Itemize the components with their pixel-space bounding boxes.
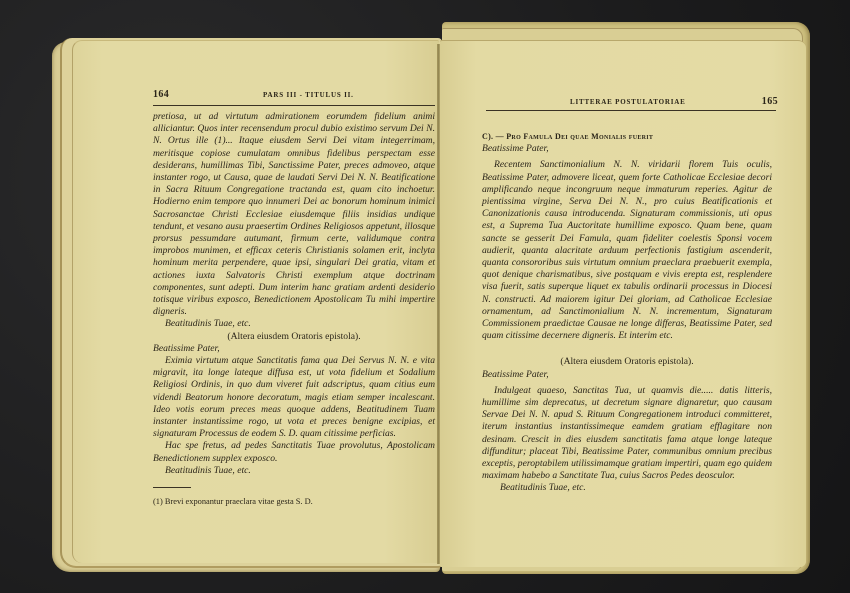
left-body-text: pretiosa, ut ad virtutum admirationem eo… [153, 111, 435, 508]
left-footnote: (1) Brevi exponantur praeclara vitae ges… [153, 496, 435, 508]
right-salutation-1: Beatissime Pater, [482, 143, 772, 155]
right-closing-2: Beatitudinis Tuae, etc. [500, 482, 772, 494]
left-page: 164 PARS III - TITULUS II. pretiosa, ut … [72, 40, 439, 563]
right-header-rule [486, 110, 776, 111]
left-heading-2: (Altera eiusdem Oratoris epistola). [153, 331, 435, 343]
left-paragraph-1: pretiosa, ut ad virtutum admirationem eo… [153, 111, 435, 318]
left-page-number: 164 [153, 89, 169, 100]
section-label: C). — [482, 132, 506, 141]
left-running-title: PARS III - TITULUS II. [263, 91, 354, 99]
left-paragraph-2: Eximia virtutum atque Sanctitatis fama q… [153, 355, 435, 440]
left-closing-2: Beatitudinis Tuae, etc. [165, 465, 435, 477]
left-header-rule [153, 105, 435, 106]
footnote-rule [153, 487, 191, 488]
left-running-head: 164 PARS III - TITULUS II. [153, 89, 429, 100]
right-body-text: C). — Pro Famula Dei quae Monialis fueri… [482, 131, 772, 495]
left-closing-1: Beatitudinis Tuae, etc. [165, 318, 435, 330]
right-paragraph-1: Recentem Sanctimonialium N. N. viridarii… [482, 159, 772, 342]
section-title-text: Pro Famula Dei quae Monialis fuerit [506, 132, 653, 141]
right-page: LITTERAE POSTULATORIAE 165 C). — Pro Fam… [440, 40, 806, 567]
right-page-number: 165 [762, 96, 778, 107]
right-salutation-2: Beatissime Pater, [482, 369, 772, 381]
left-salutation-2: Beatissime Pater, [153, 343, 435, 355]
right-paragraph-2: Indulgeat quaeso, Sanctitas Tua, ut quam… [482, 385, 772, 483]
right-section-title: C). — Pro Famula Dei quae Monialis fueri… [482, 131, 772, 143]
right-running-title: LITTERAE POSTULATORIAE [570, 98, 686, 106]
right-heading-2: (Altera eiusdem Oratoris epistola). [482, 356, 772, 368]
left-paragraph-3: Hac spe fretus, ad pedes Sanctitatis Tua… [153, 440, 435, 464]
